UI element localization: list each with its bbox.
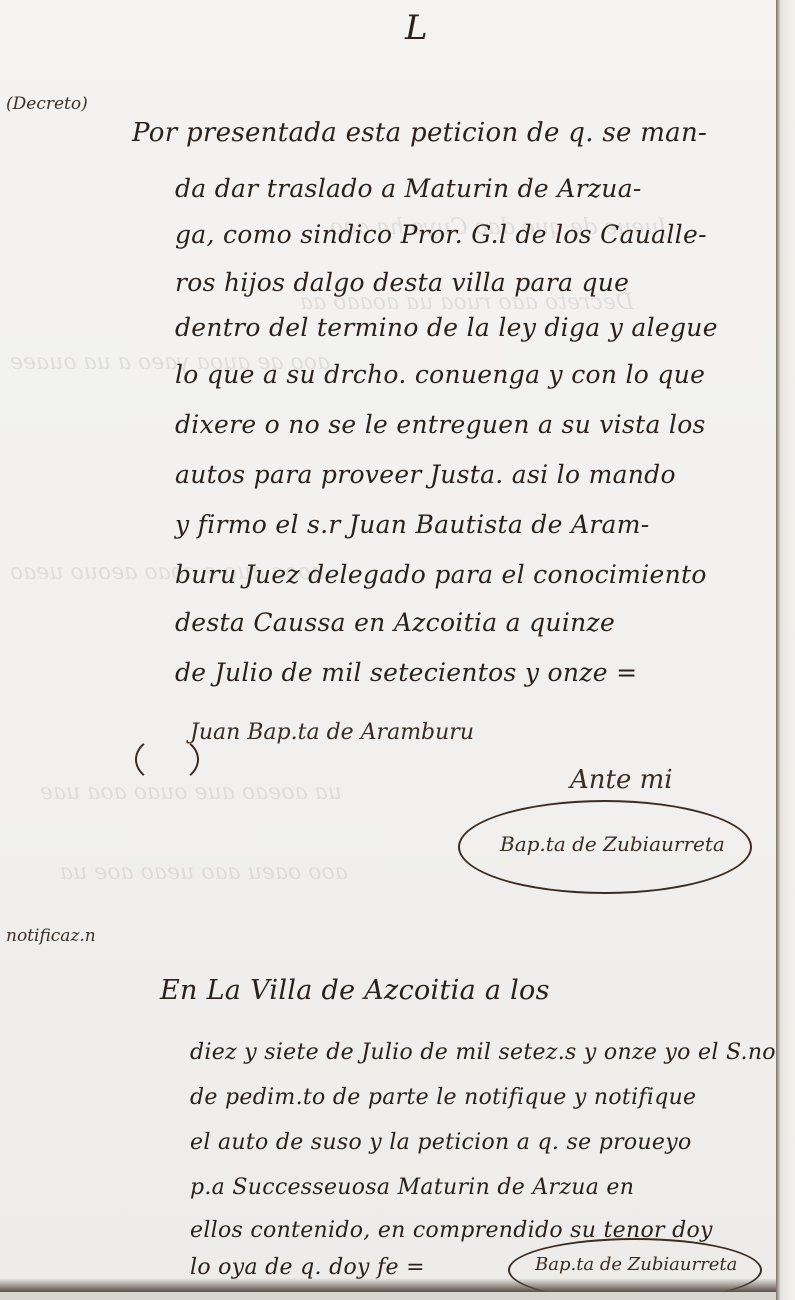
margin-note-notification: notificaz.n — [6, 926, 96, 946]
closing-rubric — [508, 1238, 762, 1292]
decree-line: da dar traslado a Maturin de Arzua- — [175, 174, 642, 203]
notification-line: En La Villa de Azcoitia a los — [160, 975, 550, 1006]
notification-line: de pedim.to de parte le notifique y noti… — [190, 1085, 696, 1110]
decree-line: de Julio de mil setecientos y onze = — [175, 658, 637, 687]
margin-note-decree: (Decreto) — [6, 94, 88, 114]
notification-line: el auto de suso y la peticion a q. se pr… — [190, 1130, 692, 1155]
decree-line: ga, como sindico Pror. G.l de los Cauall… — [175, 220, 707, 249]
decree-line: lo que a su drcho. conuenga y con lo que — [175, 360, 705, 389]
decree-line: autos para proveer Justa. asi lo mando — [175, 460, 676, 489]
decree-line: y firmo el s.r Juan Bautista de Aram- — [175, 510, 650, 539]
decree-line: Por presentada esta peticion de q. se ma… — [132, 118, 707, 148]
folio-mark: L — [405, 8, 428, 48]
notification-line: p.a Successeuosa Maturin de Arzua en — [190, 1175, 634, 1200]
notification-line: diez y siete de Julio de mil setez.s y o… — [190, 1040, 776, 1065]
judge-signature: Juan Bap.ta de Aramburu — [190, 720, 474, 745]
notary-rubric — [458, 800, 752, 894]
decree-line: ros hijos dalgo desta villa para que — [175, 268, 629, 297]
ante-mi-label: Ante mi — [570, 765, 673, 795]
book-spine-edge — [776, 0, 795, 1300]
decree-line: buru Juez delegado para el conocimiento — [175, 560, 707, 589]
bleed-through-text: ua aoeao aue ouao aoa uae — [40, 780, 342, 805]
manuscript-page: Jueue de que dao Cuyo ha aao Decreto aao… — [0, 0, 776, 1292]
decree-line: desta Caussa en Azcoitia a quinze — [175, 608, 615, 637]
notification-line: lo oya de q. doy fe = — [190, 1255, 425, 1280]
bleed-through-text: aoo oaeu aao ueao aoe ua — [60, 860, 348, 885]
signature-flourish — [135, 735, 199, 784]
decree-line: dentro del termino de la ley diga y aleg… — [175, 313, 718, 342]
decree-line: dixere o no se le entreguen a su vista l… — [175, 410, 706, 439]
